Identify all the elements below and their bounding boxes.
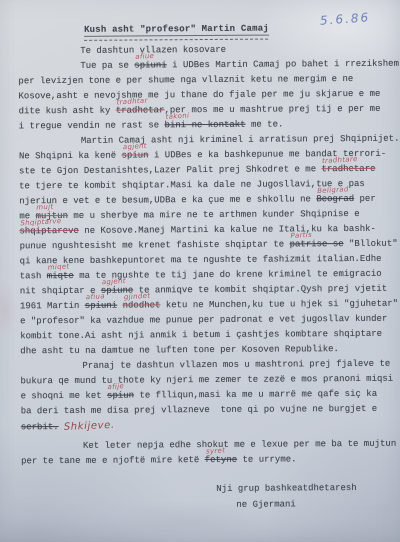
handwritten-correction: miqet [48,262,70,271]
handwritten-correction: Beligrad [317,185,349,195]
text-run: e "profesor" ka vazhdue me punue per pad… [20,314,387,327]
text-run: te flliqun,masi ka me u marrë me qafe si… [134,389,377,401]
text-run: i tregue vendin ne rast se [19,120,165,131]
text-run: tradhetartradhtar [116,105,165,115]
document-body: Tue pa se spiuniafiue i UDBes Martin Cam… [18,57,399,470]
text-run: ndodhetgjindet [123,300,161,310]
text-run: ne Kosove.Manej Martini ka kalue ne Ital… [79,224,376,236]
text-run: spiuniafiua [85,301,117,311]
text-run: spiunafije [107,391,134,401]
text-run: ,per mos me u mashtrue prej tij e per me [164,104,380,116]
handwritten-correction: afiue [135,52,154,61]
signature-place-line: ne Gjermani [236,497,399,514]
handwritten-correction: mujt [36,203,54,212]
text-run: te tjere te kombit shqiptar.Masi ka dale… [19,179,365,191]
handwritten-correction: tradhtare [322,155,358,165]
handwritten-correction: syret [205,446,225,455]
signature-group-line: Nji grup bashkeatdhetaresh [216,481,399,498]
text-run: ste te Gjon Destanishtes,Lazer Palit pre… [19,164,322,176]
text-run: Ne Shqipni ka kenë [19,151,122,162]
document-content: Kush asht "profesor" Martin Camaj Te das… [18,21,399,516]
text-run: patrise sePartis [290,239,344,249]
text-run: fetynesyret [205,455,237,465]
text-run: Tue pa se [80,61,134,71]
text-run: BeogradBeligrad [316,194,354,204]
handwritten-correction: gjindet [123,292,150,302]
text-run: spiunagjent [122,150,149,160]
text-run: i UDBes Martin Camaj po bahet i rreziksh… [167,59,399,71]
text-run: dhe asht tu na damtue ne luften tone per… [20,344,339,356]
text-run: te urryme. [237,454,296,464]
text-run: serbit. [21,422,59,432]
text-run: me u sherbye ma mire ne te arthmen kunde… [68,209,360,221]
text-run: qi kane kene bashkepuntoret ma te ngusht… [20,254,382,267]
text-run: spiuniafiue [134,60,166,70]
text-run: bini ne kontakttakoni [165,120,246,131]
text-run: ba deri tash me disa prej vllazneve tone… [21,404,378,416]
text-run: tash [20,271,47,281]
document-title-text: Kush asht "profesor" Martin Camaj [84,24,269,37]
text-run: te anmiqve te kombit shqiptar.Qysh prej … [133,284,387,296]
handwritten-correction: afiua [86,292,105,301]
text-run: shqiptareveShqiptarve [19,226,78,236]
scanned-letter-page: 5.6.86 Kush asht "profesor" Martin Camaj… [0,0,400,542]
handwritten-correction: takoni [165,112,189,121]
text-run: kombit tone.Ai asht nji anmik i betum i … [20,329,382,342]
text-run: per te tane me e njoftë mire ketë [21,455,205,466]
text-run: me te. [246,119,284,129]
text-run: njeriun e vet e te besum,UDBa e ka çue m… [19,194,316,206]
text-run: per [354,194,376,204]
text-run: e shoqni me ket [21,391,107,402]
text-run [117,301,122,311]
text-run: miqtemiqet [47,271,74,281]
handwritten-correction: Shqiptarve [20,217,61,227]
handwritten-correction: Partis [290,231,312,240]
text-run: punue ngushtesisht me krenet fashiste sh… [20,239,290,251]
text-run: per levizjen tone e per shume nga vllazn… [18,74,353,86]
text-run: tradhetaretradhtare [321,164,375,174]
handwritten-correction: agjent [122,142,146,151]
paper-stain [0,280,18,340]
text-run: ketu ne Munchen,ku tue u hjek si "gjuhet… [160,299,398,311]
signature-block: Nji grup bashkeatdhetaresh ne Gjermani [21,481,399,516]
document-line: serbit. Shkijeve. [21,417,399,435]
handwritten-word: Shkijeve. [64,418,115,435]
text-run: bukura qe mund tu thote ky njeri me zeme… [20,374,393,387]
text-run: "Bllokut" [344,239,398,249]
text-run: Kosove,asht e nevojshme me ju thane do f… [18,89,380,102]
text-run: Ket leter nepja edhe shokut me e lexue p… [83,439,396,451]
text-run: Pranaj te dashtun vllazen mos u mashtron… [82,359,390,371]
text-run: dite kush asht ky [19,106,116,117]
document-title: Kush asht "profesor" Martin Camaj [84,21,396,38]
text-run: 1961 Martin [20,301,85,311]
document-line: per te tane me e njoftë mire ketë fetyne… [21,452,399,470]
handwritten-correction: tradhtar [117,97,149,107]
title-underline-dashes [84,39,268,41]
handwritten-correction: agjent [102,277,126,286]
handwritten-correction: afije [108,382,125,391]
